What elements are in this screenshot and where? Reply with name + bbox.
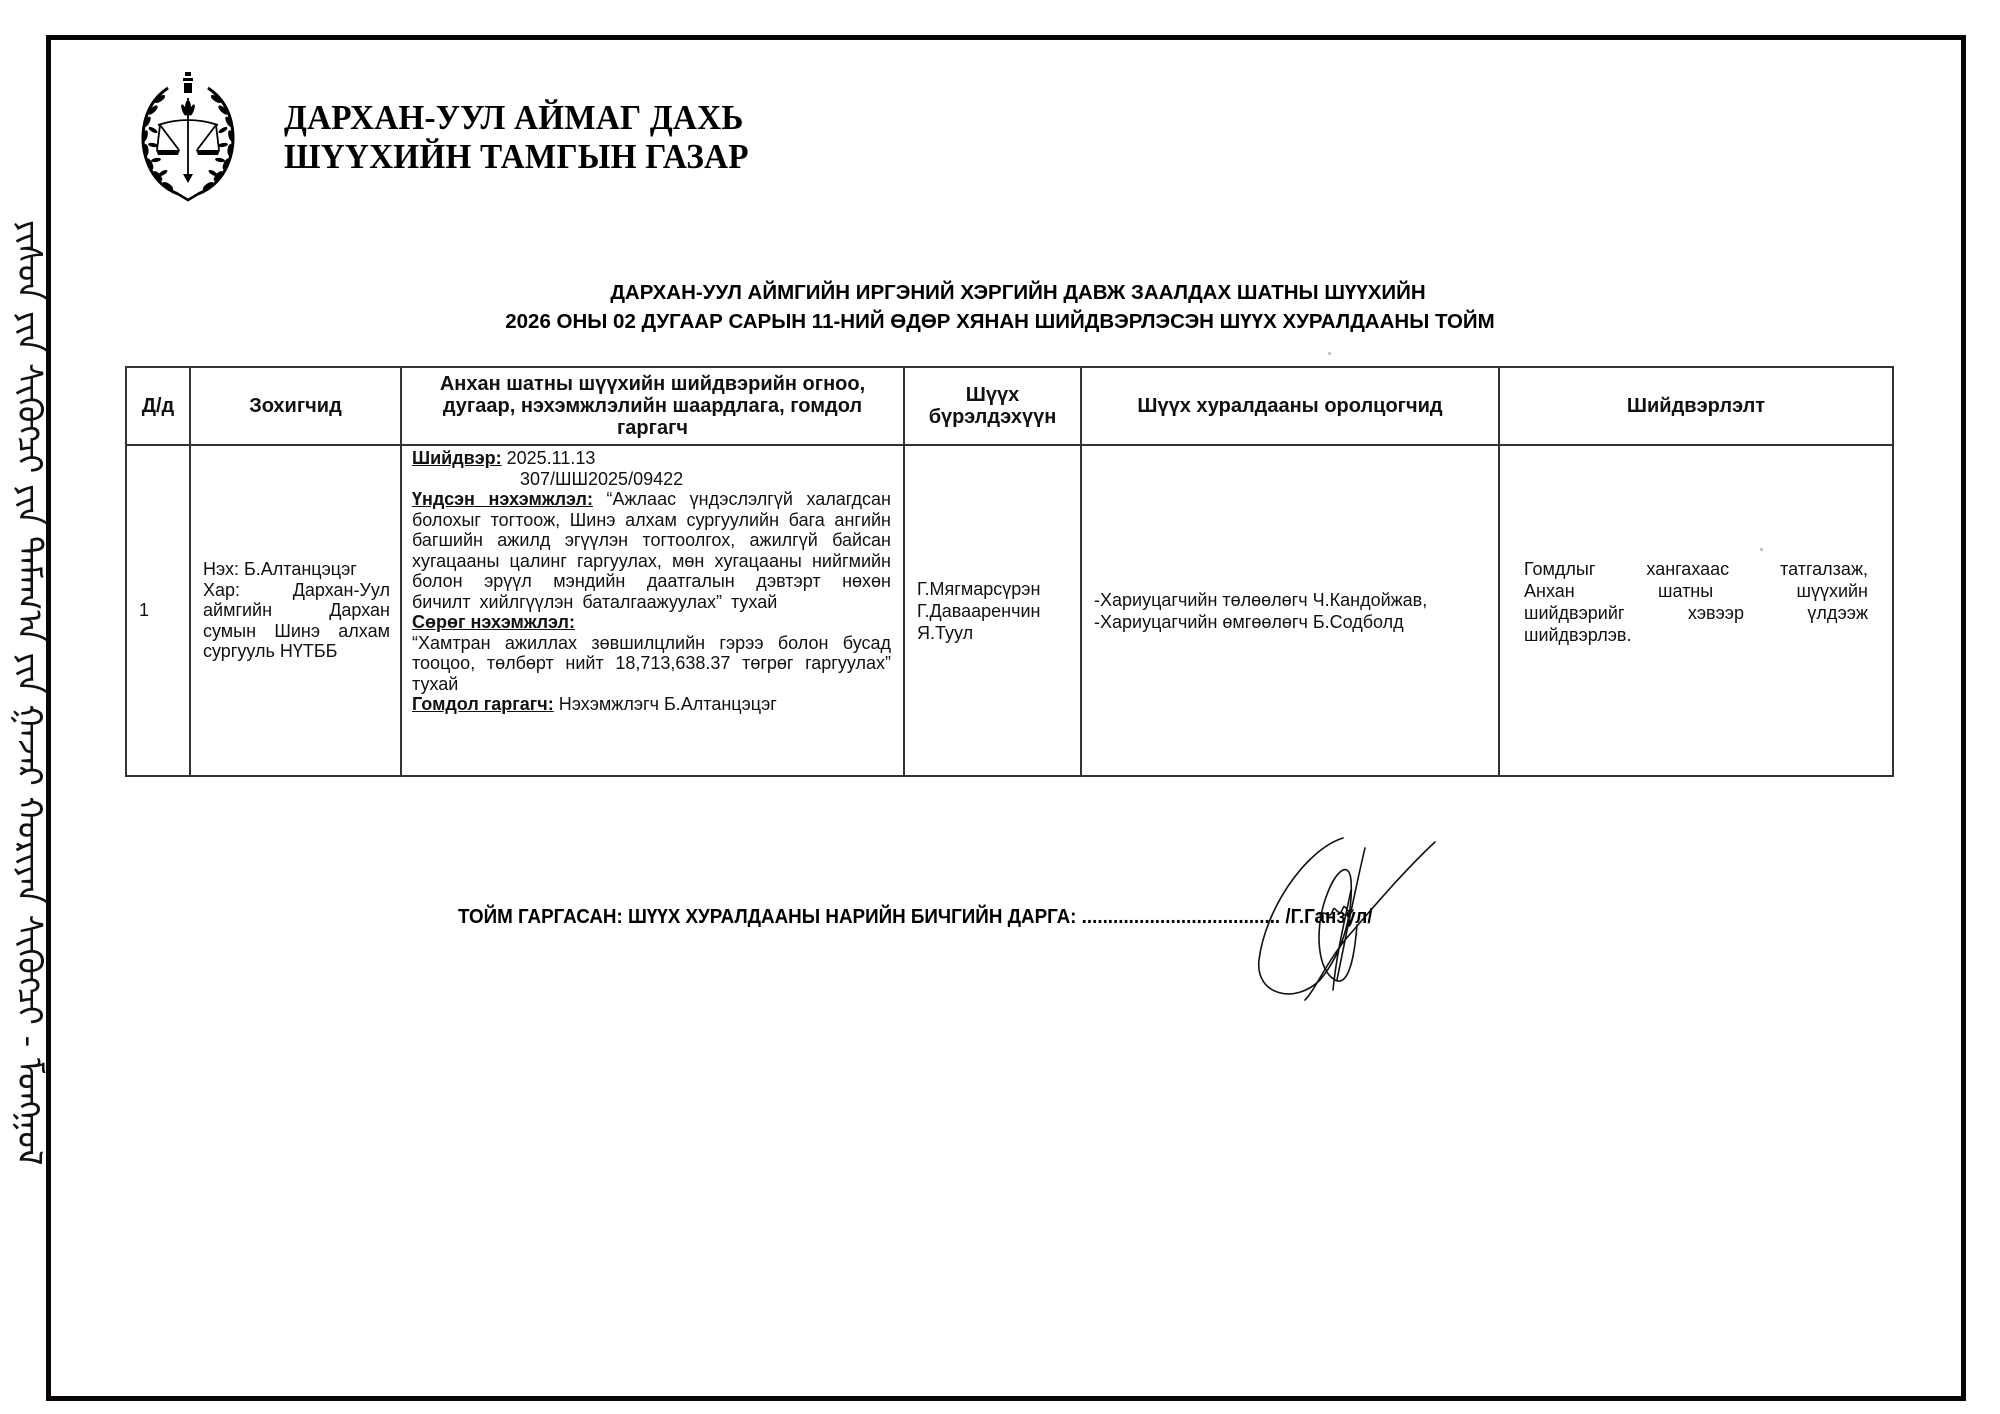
appellant-text: Нэхэмжлэгч Б.Алтанцэцэг	[554, 694, 777, 714]
title-line2: 2026 ОНЫ 02 ДУГААР САРЫН 11-НИЙ ӨДӨР ХЯН…	[0, 307, 2000, 336]
column-header-court-panel: Шүүх бүрэлдэхүүн	[904, 367, 1081, 445]
participant: -Хариуцагчийн өмгөөлөгч Б.Содболд	[1094, 611, 1486, 633]
judge-name: Я.Туул	[917, 622, 1070, 644]
column-header-parties: Зохигчид	[190, 367, 401, 445]
handwritten-signature-icon	[1225, 830, 1455, 1010]
scan-speck	[1328, 352, 1331, 355]
column-header-ruling: Шийдвэрлэлт	[1499, 367, 1893, 445]
decision-date: 2025.11.13	[502, 448, 596, 468]
defendant-line: Хар: Дархан-Уул	[203, 580, 390, 601]
title-line1: ДАРХАН-УУЛ АЙМГИЙН ИРГЭНИЙ ХЭРГИЙН ДАВЖ …	[0, 278, 2000, 307]
plaintiff: Нэх: Б.Алтанцэцэг	[203, 559, 390, 580]
counter-claim-label: Сөрөг нэхэмжлэл:	[412, 612, 575, 632]
ruling-line: шийдвэрлэв.	[1524, 624, 1868, 646]
judge-name: Г.Мягмарсүрэн	[917, 578, 1070, 600]
parties-cell: Нэх: Б.Алтанцэцэг Хар: Дархан-Уул аймгий…	[190, 445, 401, 776]
hearing-summary-table: Д/д Зохигчид Анхан шатны шүүхийн шийдвэр…	[125, 366, 1894, 777]
ruling-cell: Гомдлыг хангахаас татгалзаж, Анхан шатны…	[1499, 445, 1893, 776]
ruling-line: Гомдлыг хангахаас татгалзаж,	[1524, 558, 1868, 580]
column-header-first-instance-decision: Анхан шатны шүүхийн шийдвэрийн огноо, ду…	[401, 367, 904, 445]
counter-claim-text: “Хамтран ажиллах зөвшилцлийн гэрээ болон…	[412, 633, 891, 695]
prepared-by-label: ТОЙМ ГАРГАСАН: ШҮҮХ ХУРАЛДААНЫ НАРИЙН БИ…	[458, 906, 1076, 928]
defendant-line: сумын Шинэ алхам	[203, 621, 390, 642]
org-name-line1: ДАРХАН-УУЛ АЙМАГ ДАХЬ	[284, 98, 749, 137]
participants-cell: -Хариуцагчийн төлөөлөгч Ч.Кандойжав, -Ха…	[1081, 445, 1499, 776]
mongolian-script-text: ᠶᠢᠰᠦᠨ ᠶᠢᠨ ᠰᠢᠭᠦᠭᠴᠢ ᠶᠢᠨ ᠲᠠᠮᠠᠭ᠎ᠠ ᠶᠢᠨ ᠭᠠᠵᠠᠷ …	[8, 220, 68, 1360]
court-panel-cell: Г.Мягмарсүрэн Г.Давааренчин Я.Туул	[904, 445, 1081, 776]
org-name-line2: ШҮҮХИЙН ТАМГЫН ГАЗАР	[284, 137, 749, 176]
ruling-line: шийдвэрийг хэвээр үлдээж	[1524, 602, 1868, 624]
ruling-line: Анхан шатны шүүхийн	[1524, 580, 1868, 602]
vertical-mongolian-script: ᠶᠢᠰᠦᠨ ᠶᠢᠨ ᠰᠢᠭᠦᠭᠴᠢ ᠶᠢᠨ ᠲᠠᠮᠠᠭ᠎ᠠ ᠶᠢᠨ ᠭᠠᠵᠠᠷ …	[8, 220, 68, 1360]
scan-speck	[1760, 548, 1763, 551]
column-header-participants: Шүүх хуралдааны оролцогчид	[1081, 367, 1499, 445]
decision-number: 307/ШШ2025/09422	[412, 469, 891, 490]
table-row: 1 Нэх: Б.Алтанцэцэг Хар: Дархан-Уул аймг…	[126, 445, 1893, 776]
main-claim-label: Үндсэн нэхэмжлэл:	[412, 489, 593, 509]
organization-name: ДАРХАН-УУЛ АЙМАГ ДАХЬ ШҮҮХИЙН ТАМГЫН ГАЗ…	[284, 98, 749, 176]
appellant-label: Гомдол гаргагч:	[412, 694, 554, 714]
decision-label: Шийдвэр:	[412, 448, 502, 468]
first-instance-decision-cell: Шийдвэр: 2025.11.13 307/ШШ2025/09422 Үнд…	[401, 445, 904, 776]
defendant-line: аймгийн Дархан	[203, 600, 390, 621]
defendant-line: сургууль НҮТББ	[203, 641, 390, 662]
document-title: ДАРХАН-УУЛ АЙМГИЙН ИРГЭНИЙ ХЭРГИЙН ДАВЖ …	[0, 278, 2000, 336]
table-header-row: Д/д Зохигчид Анхан шатны шүүхийн шийдвэр…	[126, 367, 1893, 445]
court-emblem-icon	[138, 70, 238, 204]
column-header-number: Д/д	[126, 367, 190, 445]
row-number: 1	[126, 445, 190, 776]
participant: -Хариуцагчийн төлөөлөгч Ч.Кандойжав,	[1094, 589, 1486, 611]
judge-name: Г.Давааренчин	[917, 600, 1070, 622]
